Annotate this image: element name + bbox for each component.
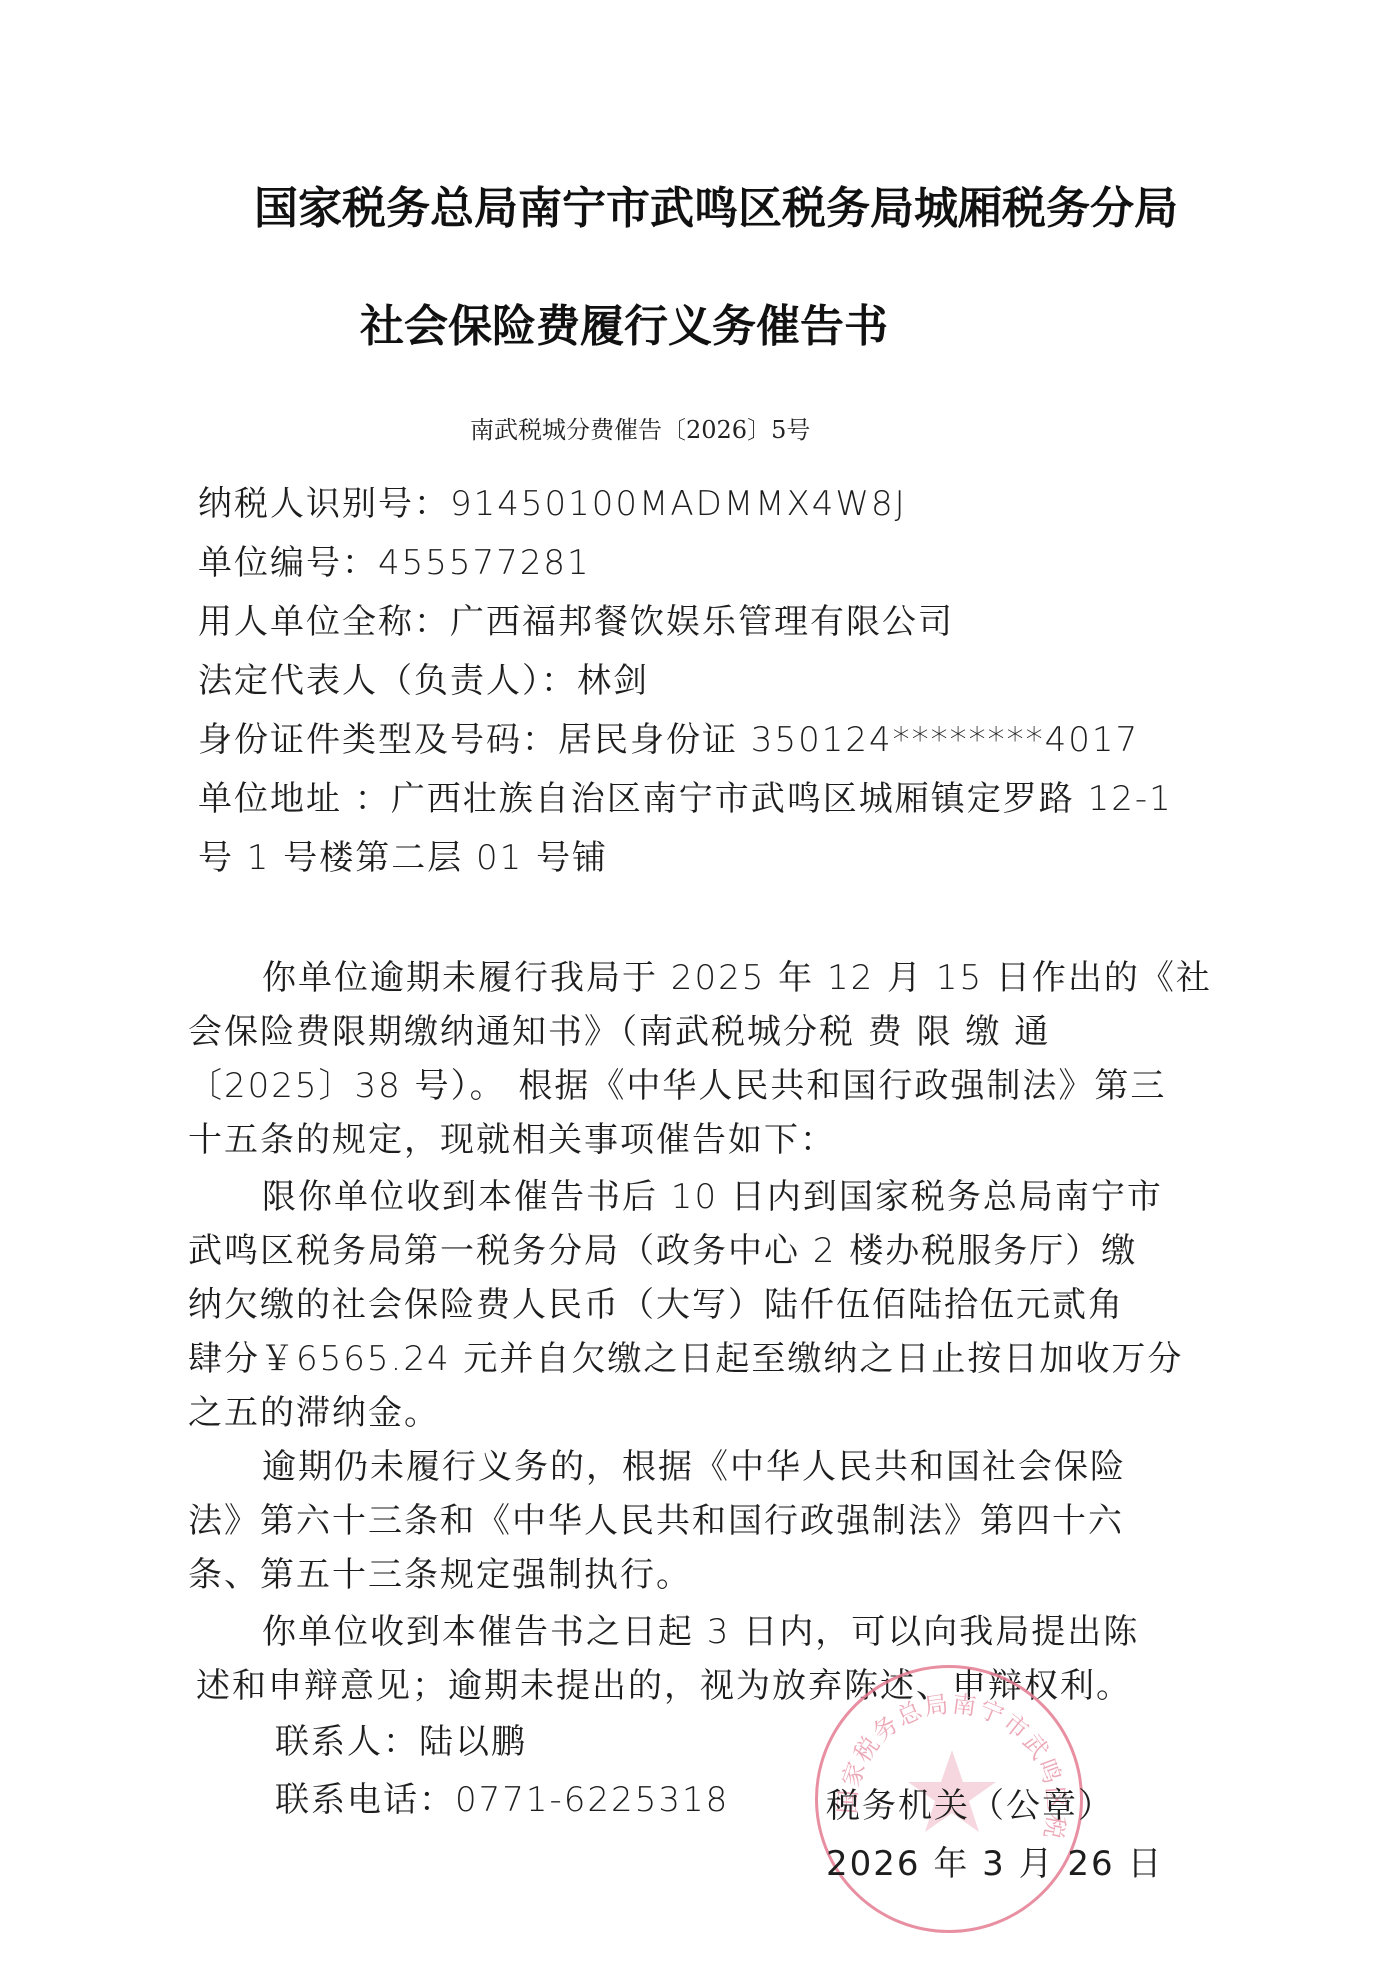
paragraph-1-line: 你单位逾期未履行我局于 2025 年 12 月 15 日作出的《社	[262, 958, 1212, 998]
paragraph-4-line: 你单位收到本催告书之日起 3 日内，可以向我局提出陈	[262, 1612, 1139, 1652]
unit-no-row: 单位编号：455577281	[198, 543, 591, 583]
address-label: 单位地址 ：	[198, 779, 391, 819]
legal-rep-label: 法定代表人（负责人）：	[198, 661, 577, 701]
paragraph-3-line: 逾期仍未履行义务的，根据《中华人民共和国社会保险	[262, 1447, 1126, 1487]
address-value-line2: 号 1 号楼第二层 01 号铺	[198, 838, 608, 878]
paragraph-3-line: 法》第六十三条和《中华人民共和国行政强制法》第四十六	[188, 1501, 1124, 1541]
contact-person-row: 联系人：陆以鹏	[275, 1722, 527, 1762]
contact-person-label: 联系人：	[275, 1722, 419, 1762]
legal-rep-value: 林剑	[577, 661, 649, 701]
address-row: 单位地址 ：广西壮族自治区南宁市武鸣区城厢镇定罗路 12-1	[198, 779, 1173, 819]
paragraph-1-line: 〔2025〕38 号）。 根据《中华人民共和国行政强制法》第三	[188, 1066, 1166, 1106]
contact-phone-row: 联系电话：0771-6225318	[275, 1780, 729, 1820]
address-row-cont: 号 1 号楼第二层 01 号铺	[198, 838, 608, 878]
paragraph-1-line: 会保险费限期缴纳通知书》（南武税城分税 费 限 缴 通	[188, 1012, 1050, 1052]
issuing-authority: 税务机关（公章）	[826, 1778, 1114, 1827]
paragraph-2-line: 肆分￥6565.24 元并自欠缴之日起至缴纳之日止按日加收万分	[188, 1339, 1183, 1379]
taxpayer-id-row: 纳税人识别号：91450100MADMMX4W8J	[198, 484, 907, 524]
id-type-value: 居民身份证 350124********4017	[558, 720, 1139, 760]
taxpayer-id-value: 91450100MADMMX4W8J	[450, 484, 907, 524]
unit-no-value: 455577281	[378, 543, 591, 583]
document-title-line1: 国家税务总局南宁市武鸣区税务局城厢税务分局	[254, 172, 1178, 236]
contact-phone-label: 联系电话：	[275, 1780, 455, 1820]
address-value-line1: 广西壮族自治区南宁市武鸣区城厢镇定罗路 12-1	[391, 779, 1173, 819]
legal-rep-row: 法定代表人（负责人）：林剑	[198, 661, 649, 701]
issue-date: 2026 年 3 月 26 日	[826, 1836, 1163, 1885]
id-type-label: 身份证件类型及号码：	[198, 720, 558, 760]
paragraph-3-line: 条、第五十三条规定强制执行。	[188, 1555, 692, 1595]
paragraph-2-line: 之五的滞纳金。	[188, 1393, 440, 1433]
id-type-row: 身份证件类型及号码：居民身份证 350124********4017	[198, 720, 1139, 760]
employer-name-row: 用人单位全称：广西福邦餐饮娱乐管理有限公司	[198, 602, 954, 642]
employer-name-value: 广西福邦餐饮娱乐管理有限公司	[450, 602, 954, 642]
paragraph-2-line: 纳欠缴的社会保险费人民币（大写）陆仟伍佰陆拾伍元贰角	[188, 1285, 1124, 1325]
paragraph-1-line: 十五条的规定，现就相关事项催告如下：	[188, 1120, 836, 1160]
contact-person-value: 陆以鹏	[419, 1722, 527, 1762]
unit-no-label: 单位编号：	[198, 543, 378, 583]
document-title-line2: 社会保险费履行义务催告书	[360, 290, 888, 354]
document-number: 南武税城分费催告〔2026〕5号	[470, 410, 810, 445]
paragraph-2-line: 限你单位收到本催告书后 10 日内到国家税务总局南宁市	[262, 1177, 1163, 1217]
document-page: 国家税务总局南宁市武鸣区税务局城厢税务分局 社会保险费履行义务催告书 南武税城分…	[0, 0, 1384, 1974]
paragraph-2-line: 武鸣区税务局第一税务分局（政务中心 2 楼办税服务厅）缴	[188, 1231, 1137, 1271]
contact-phone-value: 0771-6225318	[455, 1780, 729, 1820]
employer-name-label: 用人单位全称：	[198, 602, 450, 642]
taxpayer-id-label: 纳税人识别号：	[198, 484, 450, 524]
